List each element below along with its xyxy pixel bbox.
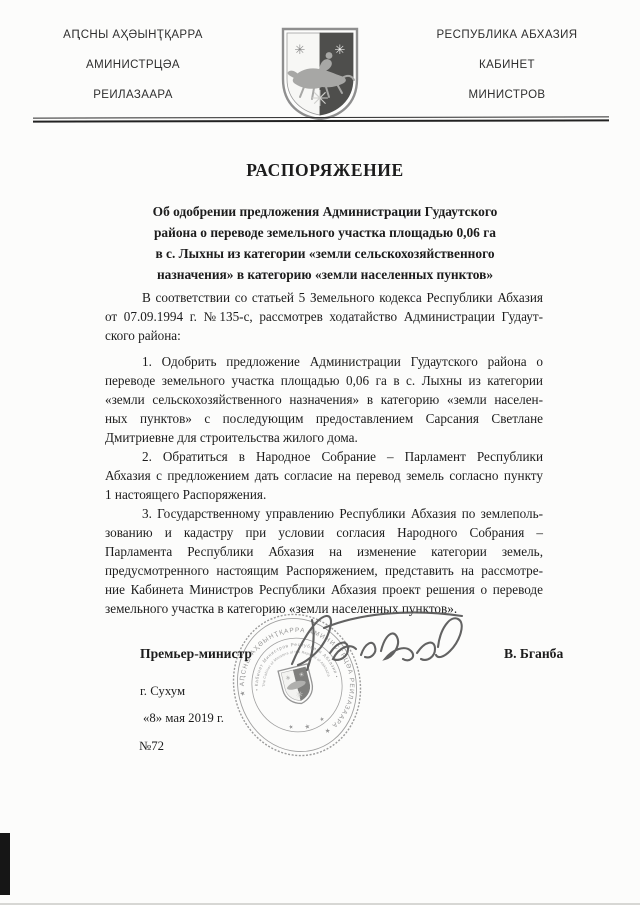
issue-place: г. Сухум — [140, 684, 185, 699]
body-line: предусмотренного настоящим Распоряжением… — [105, 561, 543, 580]
scanned-decree-page: АԤСНЫ АҲӘЫНҬҚАРРА АМИНИСТРЦӘА РЕИЛАЗААРА… — [0, 0, 640, 905]
body-line: Парламента Республики Абхазия на изменен… — [105, 542, 543, 561]
svg-text:✳: ✳ — [311, 87, 329, 112]
decree-body: В соответствии со статьей 5 Земельного к… — [105, 288, 543, 618]
handwritten-signature — [278, 606, 478, 678]
body-line: ных пунктов» с последующим предоставлени… — [105, 409, 543, 428]
body-line: 1. Одобрить предложение Администрации Гу… — [105, 352, 543, 371]
body-line: 1 настоящего Распоряжения. — [105, 485, 543, 504]
svg-text:★: ★ — [288, 723, 295, 731]
subject-line: района о переводе земельного участка пло… — [105, 222, 545, 243]
body-line: переводе земельного участка площадью 0,0… — [105, 371, 543, 390]
preamble-paragraph: В соответствии со статьей 5 Земельного к… — [105, 288, 543, 345]
subject-line: в с. Лыхны из категории «земли сельскохо… — [105, 243, 545, 264]
body-line: 2. Обратиться в Народное Собрание – Парл… — [105, 447, 543, 466]
letterhead-abkhaz-line2: АМИНИСТРЦӘА — [38, 56, 228, 86]
decree-item-2: 2. Обратиться в Народное Собрание – Парл… — [105, 447, 543, 504]
letterhead-russian-line1: РЕСПУБЛИКА АБХАЗИЯ — [412, 26, 602, 56]
signatory-name: В. Бганба — [504, 646, 563, 662]
scan-artifact-bar — [0, 833, 10, 895]
body-line: В соответствии со статьей 5 Земельного к… — [105, 288, 543, 307]
svg-text:✳: ✳ — [335, 43, 346, 58]
body-line: Абхазия с предложением дать согласие на … — [105, 466, 543, 485]
letterhead-russian-line2: КАБИНЕТ — [412, 56, 602, 86]
svg-text:✳: ✳ — [295, 43, 306, 58]
decree-item-1: 1. Одобрить предложение Администрации Гу… — [105, 352, 543, 447]
body-line: зованию и кадастру при условии согласия … — [105, 523, 543, 542]
coat-of-arms-icon: ✳ ✳ ✳ — [279, 27, 361, 121]
body-line: ние Кабинета Министров Республики Абхази… — [105, 580, 543, 599]
subject-line: назначения» в категорию «земли населенны… — [105, 264, 545, 285]
letterhead-russian-line3: МИНИСТРОВ — [412, 86, 602, 116]
letterhead-russian: РЕСПУБЛИКА АБХАЗИЯ КАБИНЕТ МИНИСТРОВ — [412, 26, 602, 116]
body-line: «земли сельскохозяйственного назначения»… — [105, 390, 543, 409]
document-subject: Об одобрении предложения Администрации Г… — [105, 201, 545, 285]
letterhead-divider — [33, 116, 609, 122]
document-title: РАСПОРЯЖЕНИЕ — [246, 160, 404, 180]
letterhead-abkhaz: АԤСНЫ АҲӘЫНҬҚАРРА АМИНИСТРЦӘА РЕИЛАЗААРА — [38, 26, 228, 116]
svg-text:★: ★ — [319, 715, 326, 723]
subject-line: Об одобрении предложения Администрации Г… — [105, 201, 545, 222]
body-line: ского района: — [105, 326, 543, 345]
letterhead-abkhaz-line3: РЕИЛАЗААРА — [38, 86, 228, 116]
issue-date: «8» мая 2019 г. — [143, 711, 224, 726]
svg-text:★: ★ — [304, 722, 312, 731]
signatory-role: Премьер-министр — [140, 646, 252, 662]
letterhead-abkhaz-line1: АԤСНЫ АҲӘЫНҬҚАРРА — [38, 26, 228, 56]
document-number: №72 — [139, 739, 164, 754]
body-line: 3. Государственному управлению Республик… — [105, 504, 543, 523]
body-line: Дмитриевне для строительства жилого дома… — [105, 428, 543, 447]
letterhead: АԤСНЫ АҲӘЫНҬҚАРРА АМИНИСТРЦӘА РЕИЛАЗААРА… — [38, 26, 602, 121]
body-line: от 07.09.1994 г. №135-с, рассмотрев хода… — [105, 307, 543, 326]
